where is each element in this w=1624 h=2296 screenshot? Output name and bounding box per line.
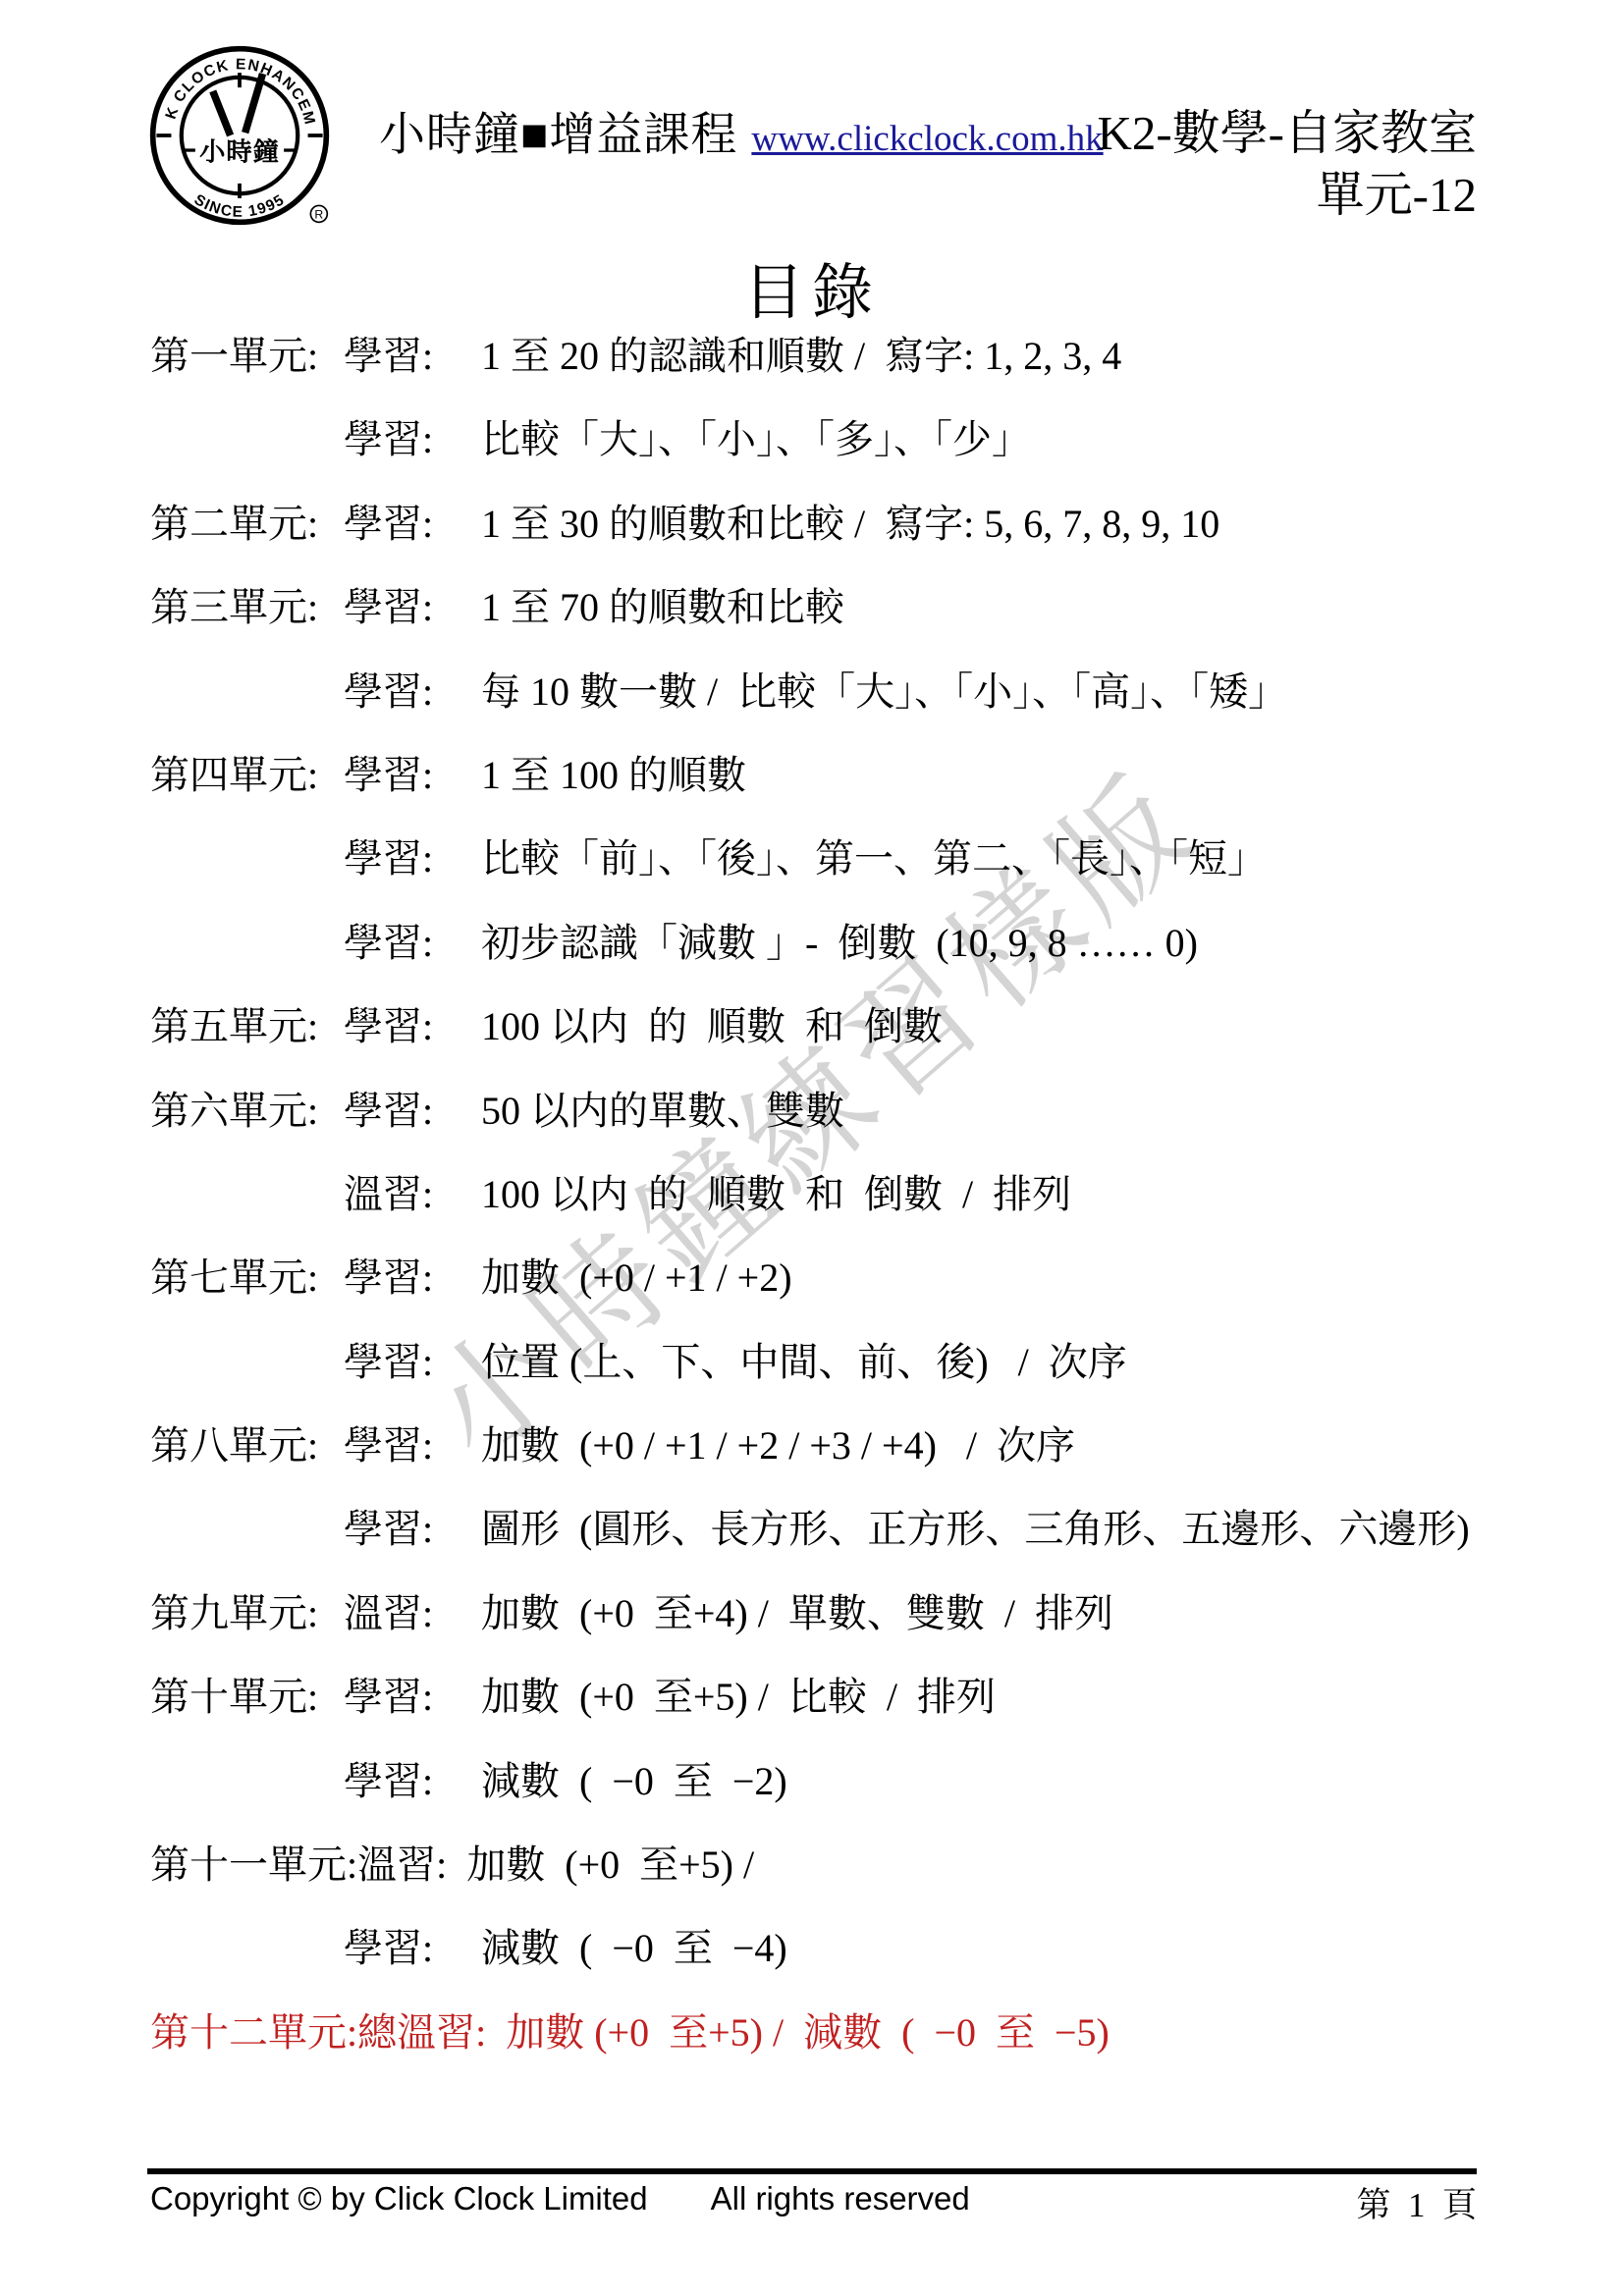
toc-type-label: 學習:: [344, 325, 481, 381]
toc-row: 學習: 比較「大」、「小」、「多」、「少」: [150, 408, 1565, 492]
toc-unit-label: 第七單元:: [150, 1247, 344, 1303]
toc-content: 減數 ( −0 至 −4): [481, 1917, 787, 1973]
toc-type-label: 溫習:: [344, 1582, 481, 1638]
toc-content: 圖形 (圓形、長方形、正方形、三角形、五邊形、六邊形): [481, 1498, 1470, 1554]
toc-content: 比較「大」、「小」、「多」、「少」: [481, 408, 1031, 464]
toc-unit-label: 第一單元:: [150, 325, 344, 381]
header-brand-line: 小時鐘■增益課程 www.clickclock.com.hk: [379, 106, 1104, 165]
toc-row: 第二單元: 學習: 1 至 30 的順數和比較 / 寫字: 5, 6, 7, 8…: [150, 493, 1565, 576]
header-course-block: K2-數學-自家教室 單元-12: [1097, 102, 1477, 226]
toc-type-label: 學習:: [344, 995, 481, 1051]
toc-content: 加數 (+0 至+5) / 減數 ( −0 至 −5): [506, 2002, 1110, 2057]
toc-content: 100 以内 的 順數 和 倒數: [481, 995, 943, 1051]
toc-unit-label: 第六單元:: [150, 1080, 344, 1136]
toc-unit-label: 第十二單元:: [150, 2002, 357, 2057]
toc-type-label: 溫習:: [344, 1163, 481, 1219]
toc-type-label: 學習:: [344, 576, 481, 632]
toc-row: 第十一單元: 溫習: 加數 (+0 至+5) /: [150, 1834, 1565, 1917]
page-number: 第 1 頁: [1356, 2178, 1477, 2227]
toc-type-label: 學習:: [344, 1331, 481, 1387]
toc-content: 1 至 70 的順數和比較: [481, 576, 844, 632]
toc-content: 1 至 100 的順數: [481, 744, 746, 800]
copyright-text: Copyright © by Click Clock Limited: [150, 2180, 648, 2217]
toc-row: 第十單元: 學習: 加數 (+0 至+5) / 比較 / 排列: [150, 1666, 1565, 1749]
toc-row: 學習: 比較「前」、「後」、第一、第二、「長」、「短」: [150, 828, 1565, 911]
toc-row: 第七單元: 學習: 加數 (+0 / +1 / +2): [150, 1247, 1565, 1330]
logo-center-text: 小時鐘: [199, 136, 280, 166]
rights-text: All rights reserved: [711, 2180, 970, 2217]
toc-content: 位置 (上、下、中間、前、後) / 次序: [481, 1331, 1127, 1387]
toc-unit-label: 第十單元:: [150, 1666, 344, 1722]
toc-type-label: 總溫習:: [357, 2002, 486, 2057]
toc-type-label: 學習:: [344, 912, 481, 968]
toc-content: 減數 ( −0 至 −2): [481, 1750, 787, 1806]
toc-type-label: 學習:: [344, 1080, 481, 1136]
toc-row: 學習: 每 10 數一數 / 比較「大」、「小」、「高」、「矮」: [150, 661, 1565, 744]
toc-type-label: 學習:: [344, 1750, 481, 1806]
toc-row: 第十二單元: 總溫習: 加數 (+0 至+5) / 減數 ( −0 至 −5): [150, 2002, 1565, 2085]
document-page: CLICK CLOCK ENHANCEMENT SINCE 1995 小時鐘 R…: [0, 0, 1624, 2296]
toc-unit-label: 第五單元:: [150, 995, 344, 1051]
toc-type-label: 學習:: [344, 1415, 481, 1470]
page-title: 目錄: [147, 243, 1477, 331]
toc-row: 第一單元: 學習: 1 至 20 的認識和順數 / 寫字: 1, 2, 3, 4: [150, 325, 1565, 408]
toc-content: 比較「前」、「後」、第一、第二、「長」、「短」: [481, 828, 1267, 883]
toc-content: 1 至 30 的順數和比較 / 寫字: 5, 6, 7, 8, 9, 10: [481, 493, 1219, 549]
toc-type-label: 學習:: [344, 1247, 481, 1303]
clock-minute-hand: [245, 74, 263, 133]
toc-unit-label: 第九單元:: [150, 1582, 344, 1638]
footer-rule: [147, 2168, 1477, 2174]
toc-row: 第五單元: 學習: 100 以内 的 順數 和 倒數: [150, 995, 1565, 1079]
click-clock-logo: CLICK CLOCK ENHANCEMENT SINCE 1995 小時鐘 R: [147, 43, 332, 228]
toc-type-label: 學習:: [344, 1917, 481, 1973]
unit-number: 單元-12: [1097, 164, 1477, 226]
toc-content: 加數 (+0 至+4) / 單數、雙數 / 排列: [481, 1582, 1113, 1638]
logo-inner-circle: [182, 78, 298, 193]
toc-row: 學習: 圖形 (圓形、長方形、正方形、三角形、五邊形、六邊形): [150, 1498, 1565, 1581]
toc-type-label: 學習:: [344, 744, 481, 800]
toc-content: 初步認識「減數 」- 倒數 (10, 9, 8 …… 0): [481, 912, 1198, 968]
toc-row: 學習: 位置 (上、下、中間、前、後) / 次序: [150, 1331, 1565, 1415]
toc-content: 1 至 20 的認識和順數 / 寫字: 1, 2, 3, 4: [481, 325, 1121, 381]
toc-content: 每 10 數一數 / 比較「大」、「小」、「高」、「矮」: [481, 661, 1287, 717]
toc-row: 學習: 減數 ( −0 至 −2): [150, 1750, 1565, 1834]
toc-content: 加數 (+0 / +1 / +2): [481, 1247, 792, 1303]
toc-row: 溫習: 100 以内 的 順數 和 倒數 / 排列: [150, 1163, 1565, 1247]
toc-row: 第三單元: 學習: 1 至 70 的順數和比較: [150, 576, 1565, 660]
toc-row: 第四單元: 學習: 1 至 100 的順數: [150, 744, 1565, 828]
toc-row: 學習: 初步認識「減數 」- 倒數 (10, 9, 8 …… 0): [150, 912, 1565, 995]
toc-row: 第九單元: 溫習: 加數 (+0 至+4) / 單數、雙數 / 排列: [150, 1582, 1565, 1666]
clock-hour-hand: [213, 91, 231, 135]
toc-type-label: 溫習:: [357, 1834, 447, 1890]
toc-type-label: 學習:: [344, 408, 481, 464]
website-link[interactable]: www.clickclock.com.hk: [751, 118, 1103, 160]
toc-content: 加數 (+0 / +1 / +2 / +3 / +4) / 次序: [481, 1415, 1075, 1470]
toc-type-label: 學習:: [344, 1666, 481, 1722]
toc-unit-label: 第四單元:: [150, 744, 344, 800]
course-title: K2-數學-自家教室: [1097, 102, 1477, 164]
toc-type-label: 學習:: [344, 828, 481, 883]
toc-type-label: 學習:: [344, 493, 481, 549]
toc-unit-label: 第十一單元:: [150, 1834, 357, 1890]
toc-type-label: 學習:: [344, 1498, 481, 1554]
registered-mark-r: R: [314, 208, 323, 222]
toc-unit-label: 第三單元:: [150, 576, 344, 632]
toc-content: 加數 (+0 至+5) /: [466, 1834, 754, 1890]
toc-content: 100 以内 的 順數 和 倒數 / 排列: [481, 1163, 1071, 1219]
toc-content: 50 以内的單數、雙數: [481, 1080, 844, 1136]
toc-unit-label: 第二單元:: [150, 493, 344, 549]
toc-content: 加數 (+0 至+5) / 比較 / 排列: [481, 1666, 996, 1722]
toc-row: 學習: 減數 ( −0 至 −4): [150, 1917, 1565, 2001]
toc-row: 第八單元: 學習: 加數 (+0 / +1 / +2 / +3 / +4) / …: [150, 1415, 1565, 1498]
toc-row: 第六單元: 學習: 50 以内的單數、雙數: [150, 1080, 1565, 1163]
toc-list: 第一單元: 學習: 1 至 20 的認識和順數 / 寫字: 1, 2, 3, 4…: [150, 325, 1565, 2085]
footer-copyright-line: Copyright © by Click Clock Limited All r…: [150, 2180, 970, 2217]
brand-title: 小時鐘■增益課程: [379, 106, 737, 165]
toc-unit-label: 第八單元:: [150, 1415, 344, 1470]
toc-type-label: 學習:: [344, 661, 481, 717]
